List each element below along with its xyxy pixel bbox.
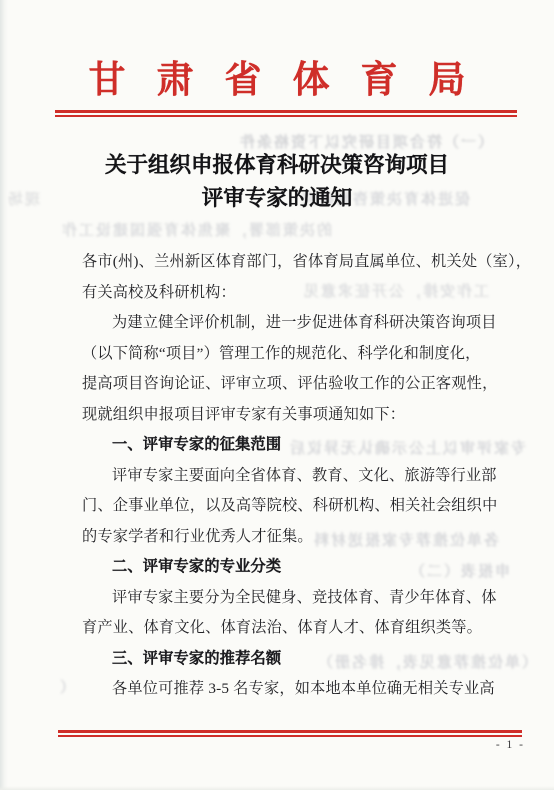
bleedthrough-text: （ (58, 676, 75, 697)
document-title-line1: 关于组织申报体育科研决策咨询项目 (0, 149, 554, 182)
body-line: 各单位可推荐 3-5 名专家，如本地本单位确无相关专业高 (82, 674, 518, 705)
body-line-salutation: 有关高校及科研机构： (82, 278, 518, 309)
rule-thin-line (58, 735, 522, 737)
letterhead-double-rule (55, 110, 517, 117)
body-line: 育产业、体育文化、体育法治、体育人才、体育组织类等。 (82, 613, 518, 644)
body-line: 提高项目咨询论证、评审立项、评估验收工作的公正客观性， (82, 369, 518, 400)
document-title-line2: 评审专家的通知 (0, 182, 554, 215)
section-heading-2: 二、评审专家的专业分类 (82, 552, 518, 583)
body-line: 评审专家主要面向全省体育、教育、文化、旅游等行业部 (82, 461, 518, 492)
section-heading-1: 一、评审专家的征集范围 (82, 430, 518, 461)
section-heading-3: 三、评审专家的推荐名额 (82, 644, 518, 675)
rule-thin-line (55, 115, 517, 117)
bleedthrough-text: 的决策部署，聚焦体育强国建设工作 (60, 219, 332, 240)
body-line: 为建立健全评价机制，进一步促进体育科研决策咨询项目 (82, 308, 518, 339)
document-body: 各市(州)、兰州新区体育部门，省体育局直属单位、机关处（室）， 有关高校及科研机… (82, 247, 518, 705)
body-line: 的专家学者和行业优秀人才征集。 (82, 522, 518, 553)
document-page: （一）符合项目研究以下资格条件 现场 促进体育决策咨询研究 的决策部署，聚焦体育… (0, 0, 554, 790)
page-number: - 1 - (496, 739, 525, 751)
body-line: 现就组织申报项目评审专家有关事项通知如下： (82, 400, 518, 431)
footer-double-rule (58, 730, 522, 737)
body-line: 门、企事业单位，以及高等院校、科研机构、相关社会组织中 (82, 491, 518, 522)
letterhead-org-name: 甘肃省体育局 (0, 59, 554, 103)
body-line-salutation: 各市(州)、兰州新区体育部门，省体育局直属单位、机关处（室）， (82, 247, 518, 278)
body-line: （以下简称“项目”）管理工作的规范化、科学化和制度化， (82, 339, 518, 370)
document-title: 关于组织申报体育科研决策咨询项目 评审专家的通知 (0, 149, 554, 215)
body-line: 评审专家主要分为全民健身、竞技体育、青少年体育、体 (82, 583, 518, 614)
